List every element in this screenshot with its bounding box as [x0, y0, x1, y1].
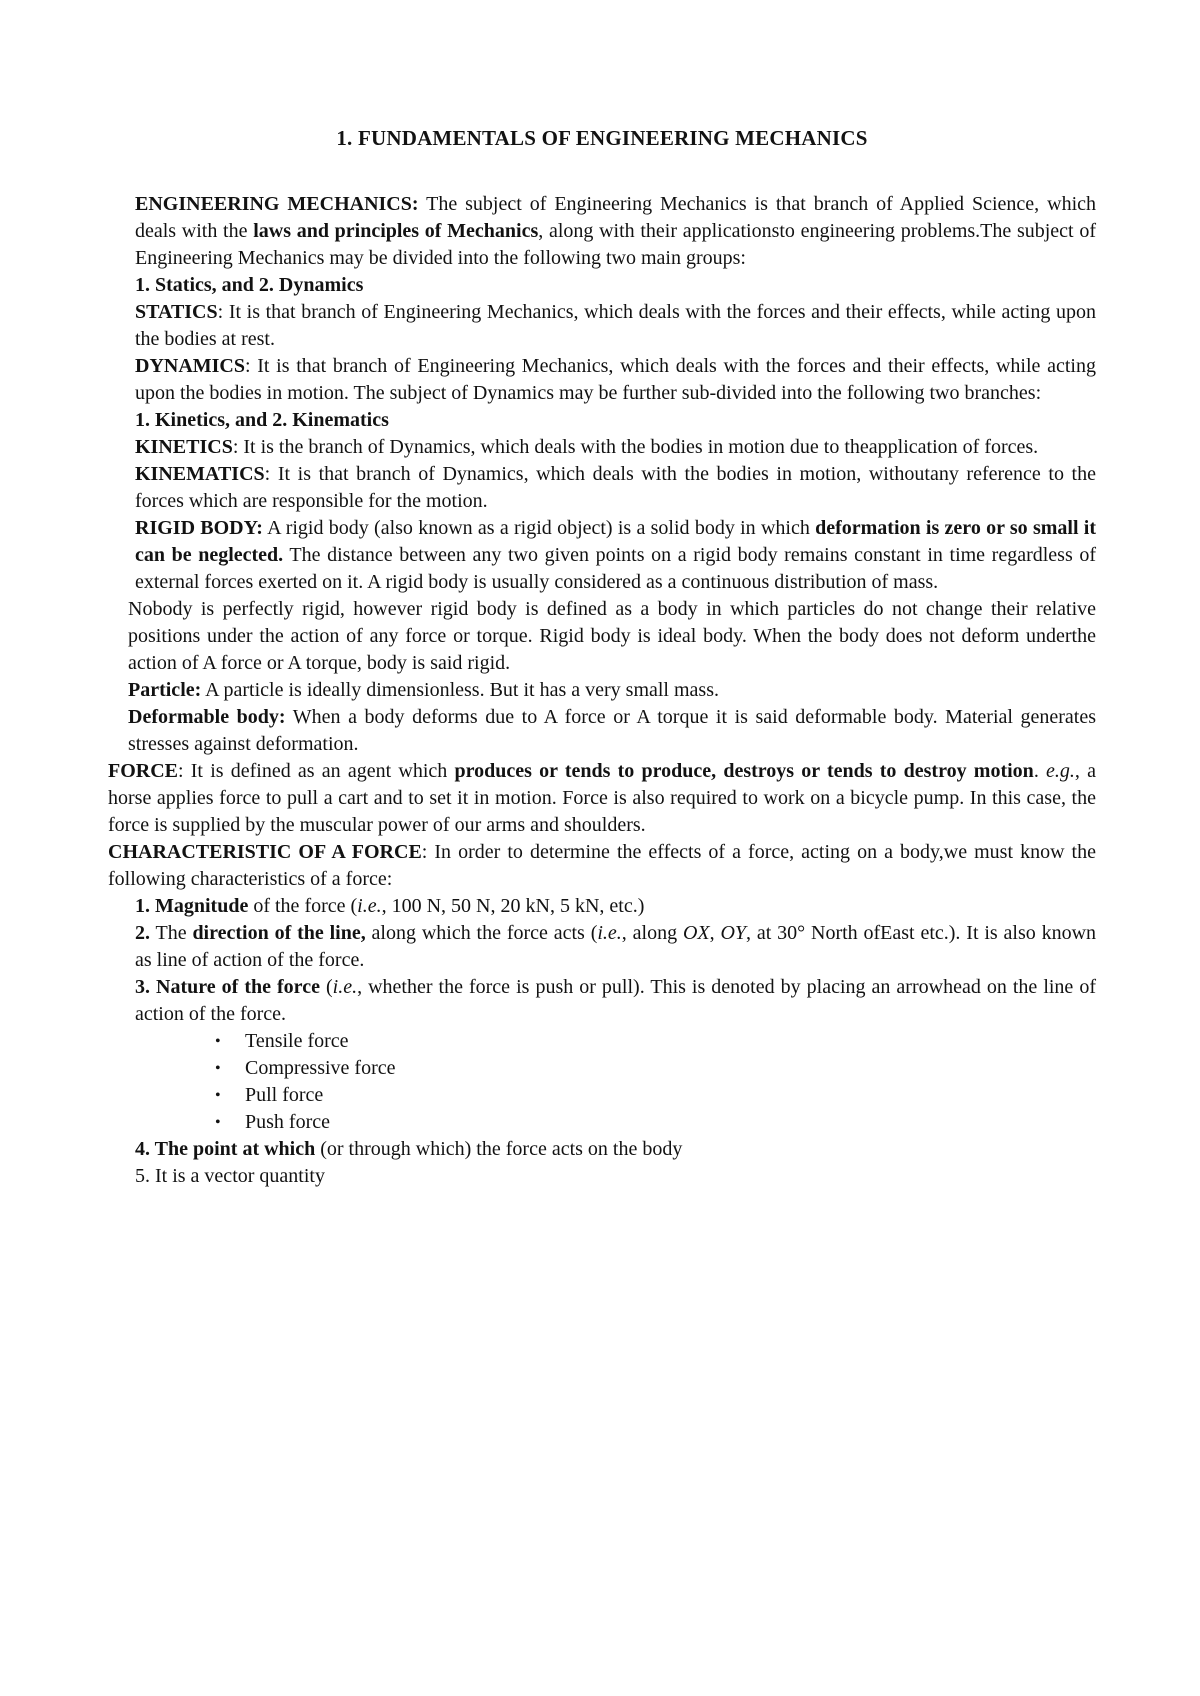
text-run: Nobody is perfectly rigid, however rigid… — [128, 598, 1096, 674]
text-run: produces or tends to produce, destroys o… — [454, 760, 1033, 782]
para-deformable-body: Deformable body: When a body deforms due… — [108, 704, 1096, 758]
text-run: , 100 N, 50 N, 20 kN, 5 kN, etc.) — [382, 895, 645, 917]
text-run: of the force ( — [248, 895, 357, 917]
para-kinetics-kinematics-list: 1. Kinetics, and 2. Kinematics — [108, 407, 1096, 434]
list-item-nature: 3. Nature of the force (i.e., whether th… — [108, 974, 1096, 1028]
bullet-item-tensile: •Tensile force — [108, 1028, 1096, 1055]
text-run: The — [150, 922, 192, 944]
para-characteristic-of-force: CHARACTERISTIC OF A FORCE: In order to d… — [108, 839, 1096, 893]
text-run: Deformable body: — [128, 706, 286, 728]
text-run: ENGINEERING MECHANICS: — [135, 193, 419, 215]
text-run: Pull force — [245, 1084, 323, 1106]
text-run: Push force — [245, 1111, 330, 1133]
text-run: , along — [622, 922, 683, 944]
list-item-magnitude: 1. Magnitude of the force (i.e., 100 N, … — [108, 893, 1096, 920]
list-item-direction: 2. The direction of the line, along whic… — [108, 920, 1096, 974]
text-run: OX — [683, 922, 710, 944]
text-run: along which the force acts ( — [366, 922, 598, 944]
bullet-icon: • — [215, 1082, 245, 1109]
bullet-item-push: •Push force — [108, 1109, 1096, 1136]
text-run: e.g. — [1046, 760, 1075, 782]
bullet-icon: • — [215, 1055, 245, 1082]
text-run: i.e. — [597, 922, 621, 944]
document-page: 1. FUNDAMENTALS OF ENGINEERING MECHANICS… — [0, 0, 1200, 1696]
para-statics: STATICS: It is that branch of Engineerin… — [108, 299, 1096, 353]
text-run: : It is that branch of Dynamics, which d… — [135, 463, 1096, 512]
text-run: (or through which) the force acts on the… — [315, 1138, 682, 1160]
text-run: DYNAMICS — [135, 355, 245, 377]
text-run: . — [1034, 760, 1046, 782]
text-run: : It is the branch of Dynamics, which de… — [233, 436, 1038, 458]
document-body: ENGINEERING MECHANICS: The subject of En… — [108, 191, 1096, 1190]
text-run: Tensile force — [245, 1030, 349, 1052]
page-title: 1. FUNDAMENTALS OF ENGINEERING MECHANICS — [108, 126, 1096, 151]
text-run: KINEMATICS — [135, 463, 265, 485]
para-particle: Particle: A particle is ideally dimensio… — [108, 677, 1096, 704]
bullet-icon: • — [215, 1109, 245, 1136]
text-run: : It is defined as an agent which — [178, 760, 454, 782]
list-item-point: 4. The point at which (or through which)… — [108, 1136, 1096, 1163]
bullet-item-pull: •Pull force — [108, 1082, 1096, 1109]
text-run: OY — [720, 922, 746, 944]
para-engineering-mechanics: ENGINEERING MECHANICS: The subject of En… — [108, 191, 1096, 272]
text-run: 5. It is a vector quantity — [135, 1165, 325, 1187]
text-run: i.e. — [333, 976, 357, 998]
bullet-icon: • — [215, 1028, 245, 1055]
text-run: laws and principles of Mechanics — [253, 220, 538, 242]
text-run: A particle is ideally dimensionless. But… — [201, 679, 719, 701]
text-run: 4. The point at which — [135, 1138, 315, 1160]
text-run: i.e. — [357, 895, 381, 917]
text-run: direction of the line, — [192, 922, 365, 944]
bullet-item-compressive: •Compressive force — [108, 1055, 1096, 1082]
para-rigid-body: RIGID BODY: A rigid body (also known as … — [108, 515, 1096, 596]
para-kinetics: KINETICS: It is the branch of Dynamics, … — [108, 434, 1096, 461]
text-run: : It is that branch of Engineering Mecha… — [135, 355, 1096, 404]
para-force: FORCE: It is defined as an agent which p… — [108, 758, 1096, 839]
text-run: A rigid body (also known as a rigid obje… — [263, 517, 815, 539]
text-run: 1. Statics, and 2. Dynamics — [135, 274, 363, 296]
text-run: RIGID BODY: — [135, 517, 263, 539]
text-run: ( — [320, 976, 333, 998]
text-run: 1. Magnitude — [135, 895, 248, 917]
para-dynamics: DYNAMICS: It is that branch of Engineeri… — [108, 353, 1096, 407]
text-run: Compressive force — [245, 1057, 396, 1079]
text-run: 2. — [135, 922, 150, 944]
text-run: KINETICS — [135, 436, 233, 458]
text-run: : It is that branch of Engineering Mecha… — [135, 301, 1096, 350]
text-run: , — [710, 922, 721, 944]
para-kinematics: KINEMATICS: It is that branch of Dynamic… — [108, 461, 1096, 515]
text-run: FORCE — [108, 760, 178, 782]
text-run: Particle: — [128, 679, 201, 701]
para-statics-dynamics-list: 1. Statics, and 2. Dynamics — [108, 272, 1096, 299]
list-item-vector: 5. It is a vector quantity — [108, 1163, 1096, 1190]
text-run: STATICS — [135, 301, 218, 323]
text-run: 1. Kinetics, and 2. Kinematics — [135, 409, 389, 431]
text-run: CHARACTERISTIC OF A FORCE — [108, 841, 422, 863]
para-nobody-rigid: Nobody is perfectly rigid, however rigid… — [108, 596, 1096, 677]
text-run: 3. Nature of the force — [135, 976, 320, 998]
